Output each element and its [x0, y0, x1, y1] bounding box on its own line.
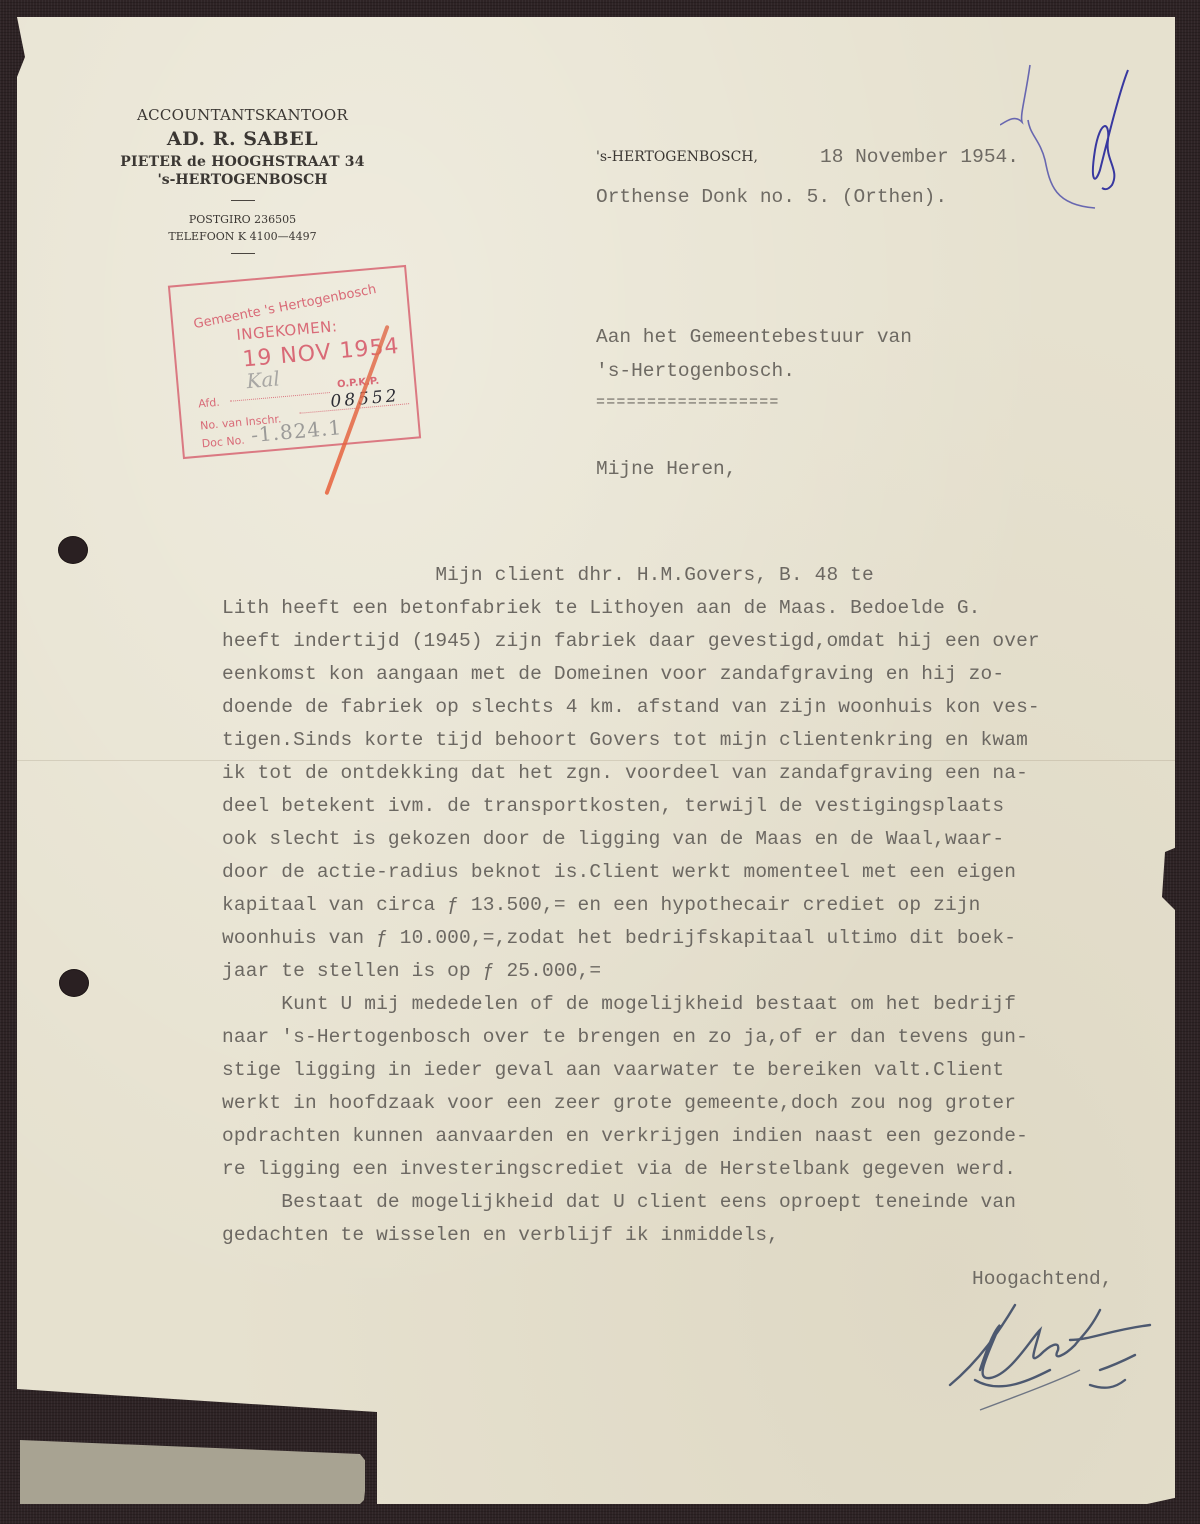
stamp-afd-label: Afd. — [198, 396, 221, 411]
letterhead-city: 's-HERTOGENBOSCH — [100, 172, 385, 188]
letterhead-name: AD. R. SABEL — [100, 128, 385, 150]
recipient-line-2: 's-Hertogenbosch. — [596, 360, 795, 382]
letterhead-divider — [231, 200, 255, 201]
body-line: deel betekent ivm. de transportkosten, t… — [222, 795, 1004, 817]
body-line: opdrachten kunnen aanvaarden en verkrijg… — [222, 1125, 1028, 1147]
stamp-afd-line — [230, 392, 330, 402]
received-stamp: Gemeente 's Hertogenbosch INGEKOMEN: 19 … — [168, 265, 421, 459]
body-line: Lith heeft een betonfabriek te Lithoyen … — [222, 597, 981, 619]
body-line: jaar te stellen is op ƒ 25.000,= — [222, 960, 601, 982]
body-line: stige ligging in ieder geval aan vaarwat… — [222, 1059, 1004, 1081]
body-line: Bestaat de mogelijkheid dat U client een… — [222, 1191, 1016, 1213]
body-line: ook slecht is gekozen door de ligging va… — [222, 828, 1004, 850]
stamp-doc-label: Doc No. — [201, 434, 245, 451]
body-line: woonhuis van ƒ 10.000,=,zodat het bedrij… — [222, 927, 1016, 949]
tape-strip — [20, 1440, 365, 1504]
recipient-underline: ================== — [596, 394, 780, 411]
letterhead-street: PIETER de HOOGHSTRAAT 34 — [100, 154, 385, 170]
handwritten-mark-icon — [1000, 60, 1160, 230]
letter-date: 18 November 1954. — [820, 146, 1019, 168]
letterhead-divider-bottom — [231, 253, 255, 254]
sender-address: Orthense Donk no. 5. (Orthen). — [596, 186, 947, 208]
body-line: Mijn client dhr. H.M.Govers, B. 48 te — [222, 564, 874, 586]
punch-hole-bottom — [59, 969, 89, 997]
body-line: eenkomst kon aangaan met de Domeinen voo… — [222, 663, 1004, 685]
body-line: Kunt U mij mededelen of de mogelijkheid … — [222, 993, 1016, 1015]
fold-line — [17, 760, 1175, 761]
closing: Hoogachtend, — [972, 1268, 1112, 1290]
body-line: kapitaal van circa ƒ 13.500,= en een hyp… — [222, 894, 981, 916]
letterhead-postgiro: POSTGIRO 236505 — [100, 213, 385, 226]
letterhead-telefoon: TELEFOON K 4100—4497 — [100, 230, 385, 243]
body-line: doende de fabriek op slechts 4 km. afsta… — [222, 696, 1040, 718]
body-line: re ligging een investeringscrediet via d… — [222, 1158, 1016, 1180]
body-line: door de actie-radius beknot is.Client we… — [222, 861, 1016, 883]
body-line: ik tot de ontdekking dat het zgn. voorde… — [222, 762, 1028, 784]
body-line: heeft indertijd (1945) zijn fabriek daar… — [222, 630, 1040, 652]
letterhead-office: ACCOUNTANTSKANTOOR — [100, 106, 385, 124]
body-line: tigen.Sinds korte tijd behoort Govers to… — [222, 729, 1028, 751]
stamp-afd-value: Kal — [245, 366, 280, 393]
punch-hole-top — [58, 536, 88, 564]
printed-place: 's-HERTOGENBOSCH, — [596, 149, 758, 165]
recipient-line-1: Aan het Gemeentebestuur van — [596, 326, 912, 348]
signature-icon — [940, 1300, 1170, 1420]
letterhead: ACCOUNTANTSKANTOOR AD. R. SABEL PIETER d… — [100, 106, 385, 266]
body-line: naar 's-Hertogenbosch over te brengen en… — [222, 1026, 1028, 1048]
salutation: Mijne Heren, — [596, 458, 736, 480]
body-line: werkt in hoofdzaak voor een zeer grote g… — [222, 1092, 1016, 1114]
body-line: gedachten te wisselen en verblijf ik inm… — [222, 1224, 779, 1246]
